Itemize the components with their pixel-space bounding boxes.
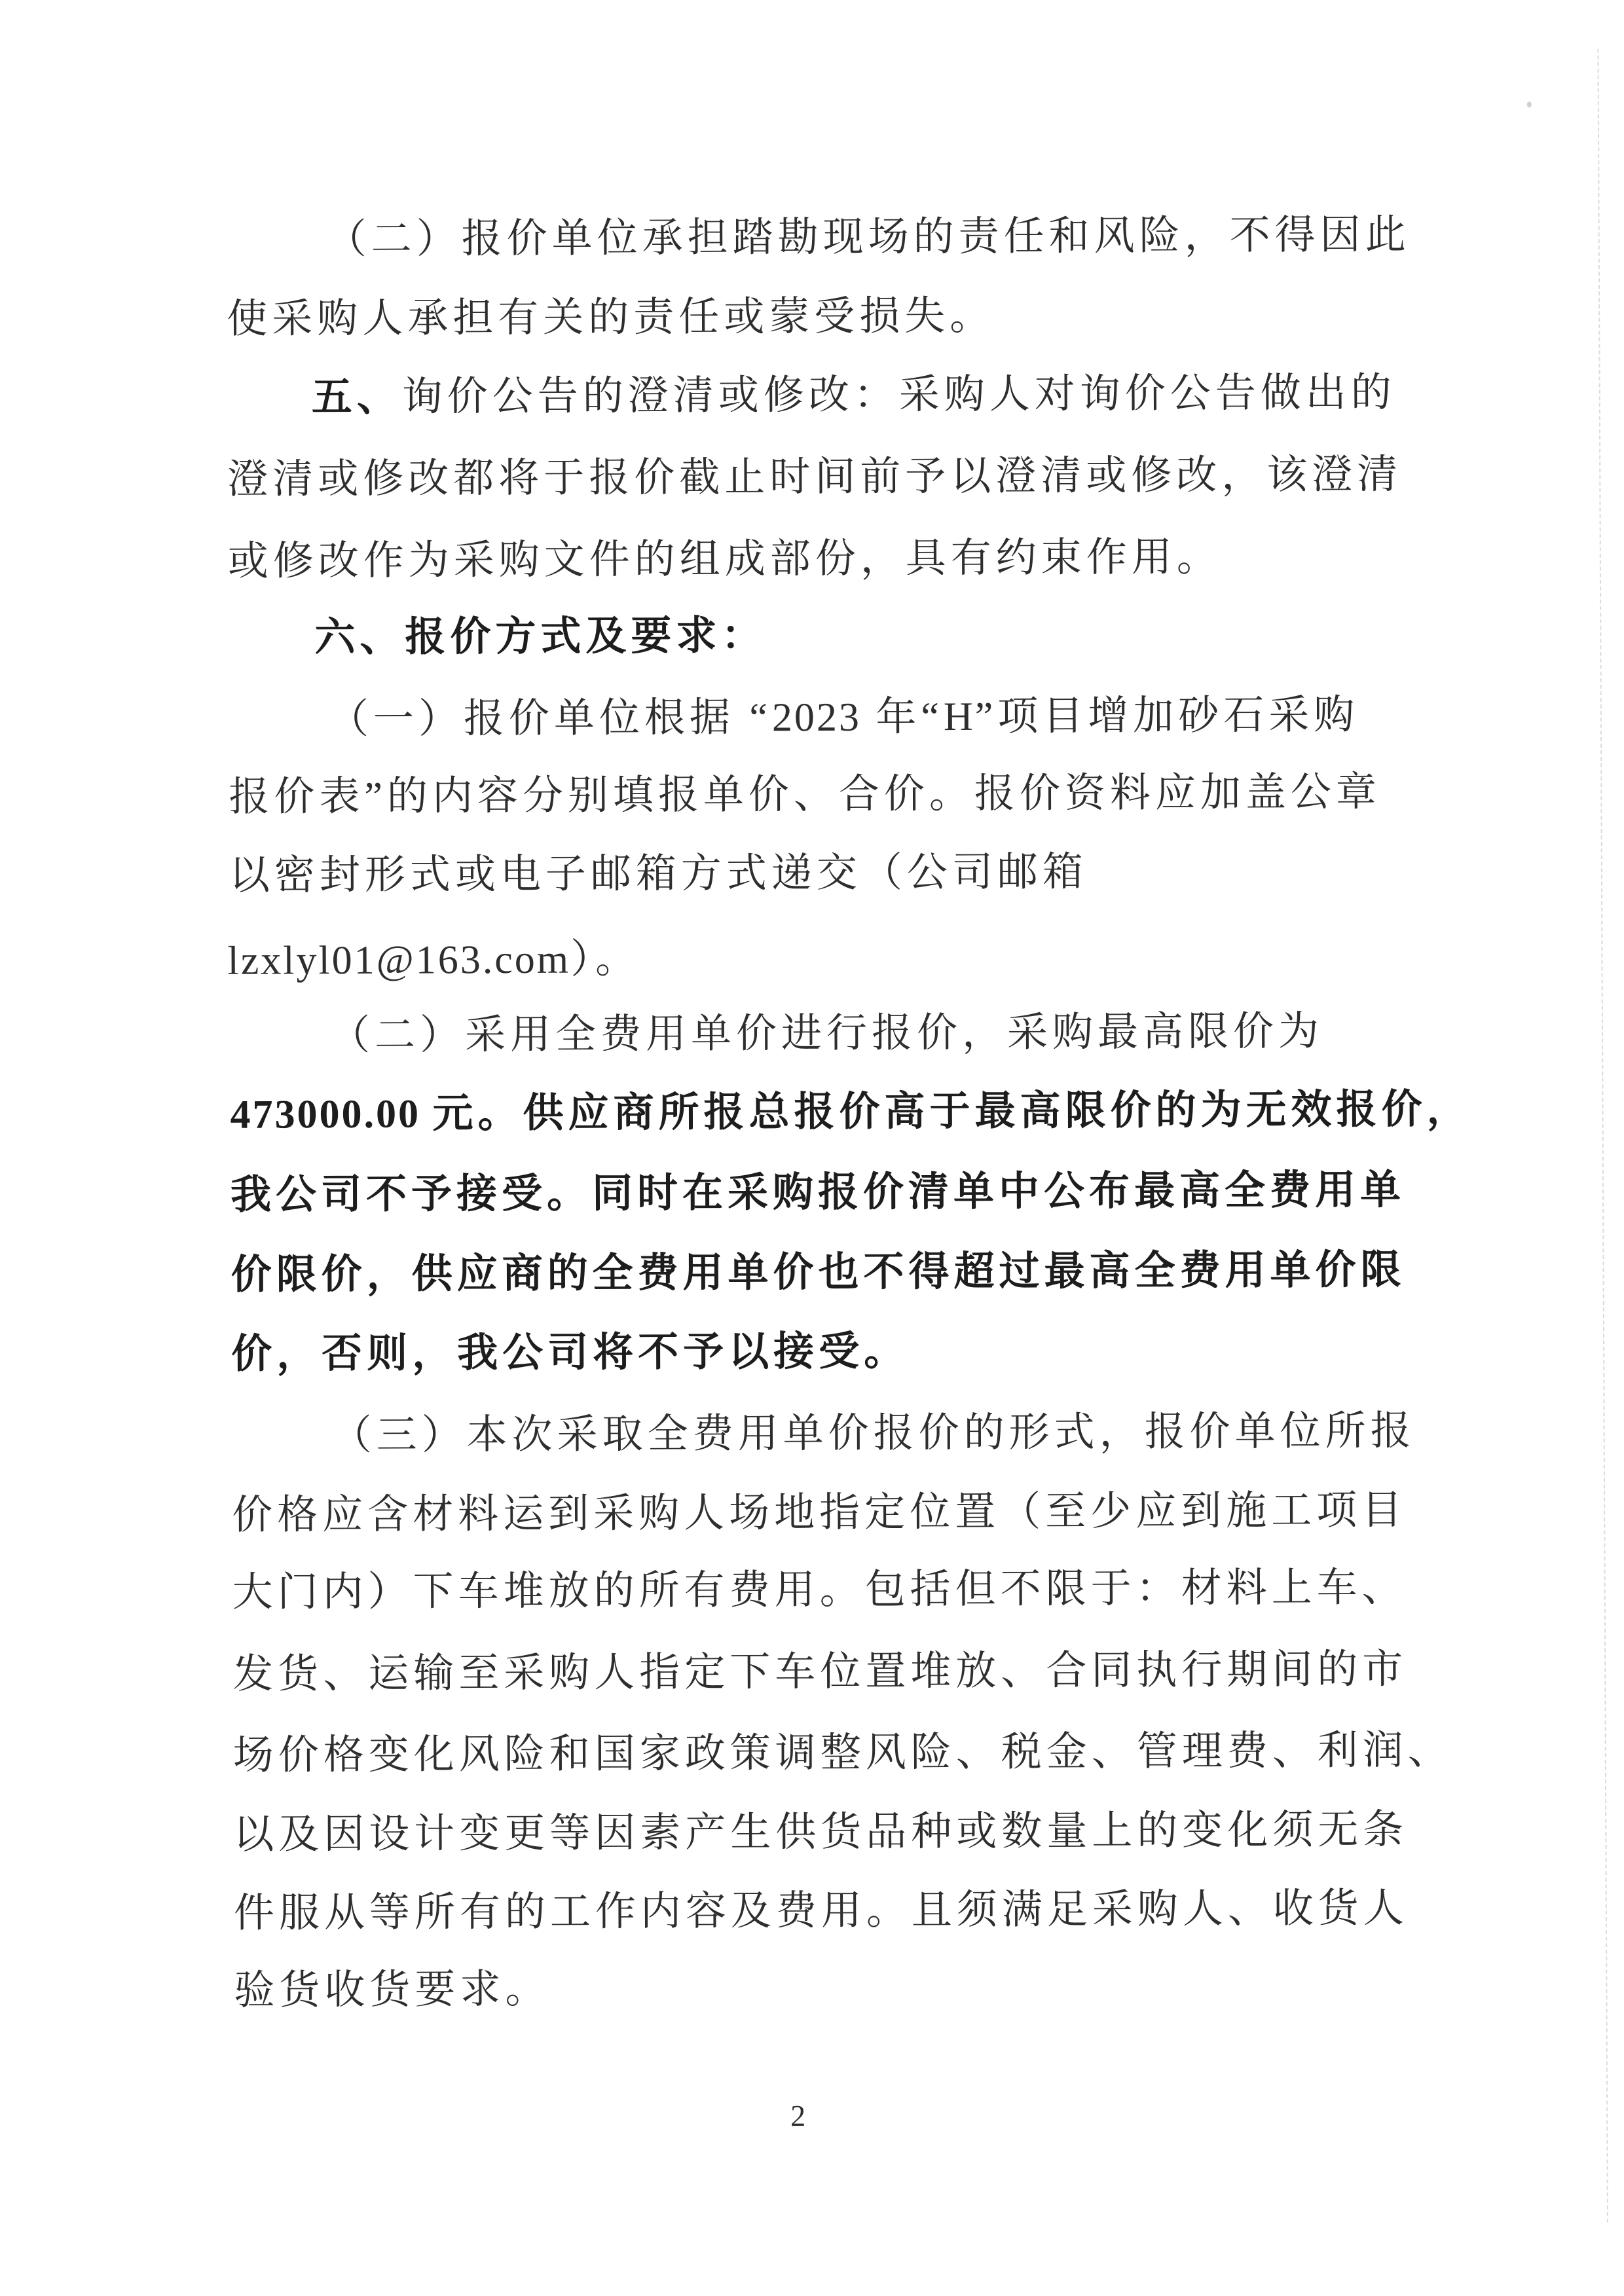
text-line: 价限价，供应商的全费用单价也不得超过最高全费用单价限 <box>231 1247 1405 1299</box>
line-text: 验货收货要求。 <box>234 1967 550 2013</box>
document-body: （二）报价单位承担踏勘现场的责任和风险，不得因此 使采购人承担有关的责任或蒙受损… <box>0 0 1624 2296</box>
project-letter: H <box>944 695 975 739</box>
text-line: 澄清或修改都将于报价截止时间前予以澄清或修改，该澄清 <box>227 452 1402 503</box>
text-line: 以密封形式或电子邮箱方式递交（公司邮箱 <box>229 849 1088 900</box>
line-text: 询价公告的澄清或修改：采购人对询价公告做出的 <box>402 371 1396 420</box>
line-text: 价，否则，我公司将不予以接受。 <box>231 1329 909 1377</box>
line-text: 价格应含材料运到采购人场地指定位置（至少应到施工项目 <box>232 1488 1407 1538</box>
scan-artifact-edge-line <box>1597 49 1608 2223</box>
line-text: （二）报价单位承担踏勘现场的责任和风险，不得因此 <box>326 213 1411 262</box>
text-line: （二）采用全费用单价进行报价，采购最高限价为 <box>329 1009 1323 1060</box>
text-line: 发货、运输至采购人指定下车位置堆放、合同执行期间的市 <box>232 1647 1407 1698</box>
line-text: 澄清或修改都将于报价截止时间前予以澄清或修改，该澄清 <box>227 452 1402 502</box>
line-text: （一）报价单位根据 “ <box>328 695 772 742</box>
line-text: 报价表”的内容分别填报单价、合价。报价资料应加盖公章 <box>229 770 1381 820</box>
text-line: 大门内）下车堆放的所有费用。包括但不限于：材料上车、 <box>232 1565 1407 1616</box>
text-line: 以及因设计变更等因素产生供货品种或数量上的变化须无条 <box>233 1807 1408 1859</box>
line-text: 元。供应商所报总报价高于最高限价的为无效报价， <box>432 1087 1471 1137</box>
text-line: 或修改作为采购文件的组成部份，具有约束作用。 <box>228 534 1222 585</box>
text-line: 使采购人承担有关的责任或蒙受损失。 <box>227 293 995 343</box>
text-line: （二）报价单位承担踏勘现场的责任和风险，不得因此 <box>326 212 1411 264</box>
text-line-heading-6: 六、报价方式及要求： <box>314 613 766 661</box>
line-text: ）。 <box>570 937 640 981</box>
text-line: 件服从等所有的工作内容及费用。且须满足采购人、收货人 <box>234 1886 1409 1937</box>
line-text: 价限价，供应商的全费用单价也不得超过最高全费用单价限 <box>231 1248 1405 1298</box>
line-text: 我公司不予接受。同时在采购报价清单中公布最高全费用单 <box>231 1168 1405 1218</box>
text-line-heading-5: 五、询价公告的澄清或修改：采购人对询价公告做出的 <box>312 370 1396 422</box>
text-line-email: lzxlyl01@163.com）。 <box>227 936 640 985</box>
line-text: 件服从等所有的工作内容及费用。且须满足采购人、收货人 <box>234 1886 1409 1936</box>
line-text: 年“ <box>861 695 944 740</box>
price-value: 473000.00 <box>230 1092 432 1137</box>
line-text: （三）本次采取全费用单价报价的形式，报价单位所报 <box>331 1409 1416 1458</box>
page-number: 2 <box>790 2098 805 2133</box>
heading-number: 五、 <box>312 375 402 420</box>
year-number: 2023 <box>772 695 861 740</box>
heading-text: 六、报价方式及要求： <box>314 613 766 660</box>
line-text: 大门内）下车堆放的所有费用。包括但不限于：材料上车、 <box>232 1565 1407 1615</box>
text-line: （三）本次采取全费用单价报价的形式，报价单位所报 <box>331 1408 1416 1460</box>
line-text: 或修改作为采购文件的组成部份，具有约束作用。 <box>228 535 1222 584</box>
line-text: 以及因设计变更等因素产生供货品种或数量上的变化须无条 <box>233 1808 1408 1857</box>
text-line: 价，否则，我公司将不予以接受。 <box>231 1328 909 1378</box>
line-text: 发货、运输至采购人指定下车位置堆放、合同执行期间的市 <box>232 1647 1407 1697</box>
email-address: lzxlyl01@163.com <box>227 938 570 983</box>
text-line: （一）报价单位根据 “2023 年“H”项目增加砂石采购 <box>328 692 1359 743</box>
line-text: 以密封形式或电子邮箱方式递交（公司邮箱 <box>229 850 1088 898</box>
text-line: 场价格变化风险和国家政策调整风险、税金、管理费、利润、 <box>233 1728 1453 1779</box>
text-line: 我公司不予接受。同时在采购报价清单中公布最高全费用单 <box>231 1167 1405 1219</box>
text-line-price: 473000.00 元。供应商所报总报价高于最高限价的为无效报价， <box>230 1087 1471 1139</box>
text-line: 报价表”的内容分别填报单价、合价。报价资料应加盖公章 <box>229 769 1381 821</box>
line-text: （二）采用全费用单价进行报价，采购最高限价为 <box>329 1010 1323 1059</box>
document-page: （二）报价单位承担踏勘现场的责任和风险，不得因此 使采购人承担有关的责任或蒙受损… <box>0 0 1624 2296</box>
line-text: 使采购人承担有关的责任或蒙受损失。 <box>227 294 995 342</box>
line-text: ”项目增加砂石采购 <box>975 693 1359 739</box>
line-text: 场价格变化风险和国家政策调整风险、税金、管理费、利润、 <box>233 1728 1453 1778</box>
text-line: 验货收货要求。 <box>234 1967 550 2014</box>
scan-artifact-speck <box>1527 101 1532 107</box>
text-line: 价格应含材料运到采购人场地指定位置（至少应到施工项目 <box>232 1487 1407 1539</box>
